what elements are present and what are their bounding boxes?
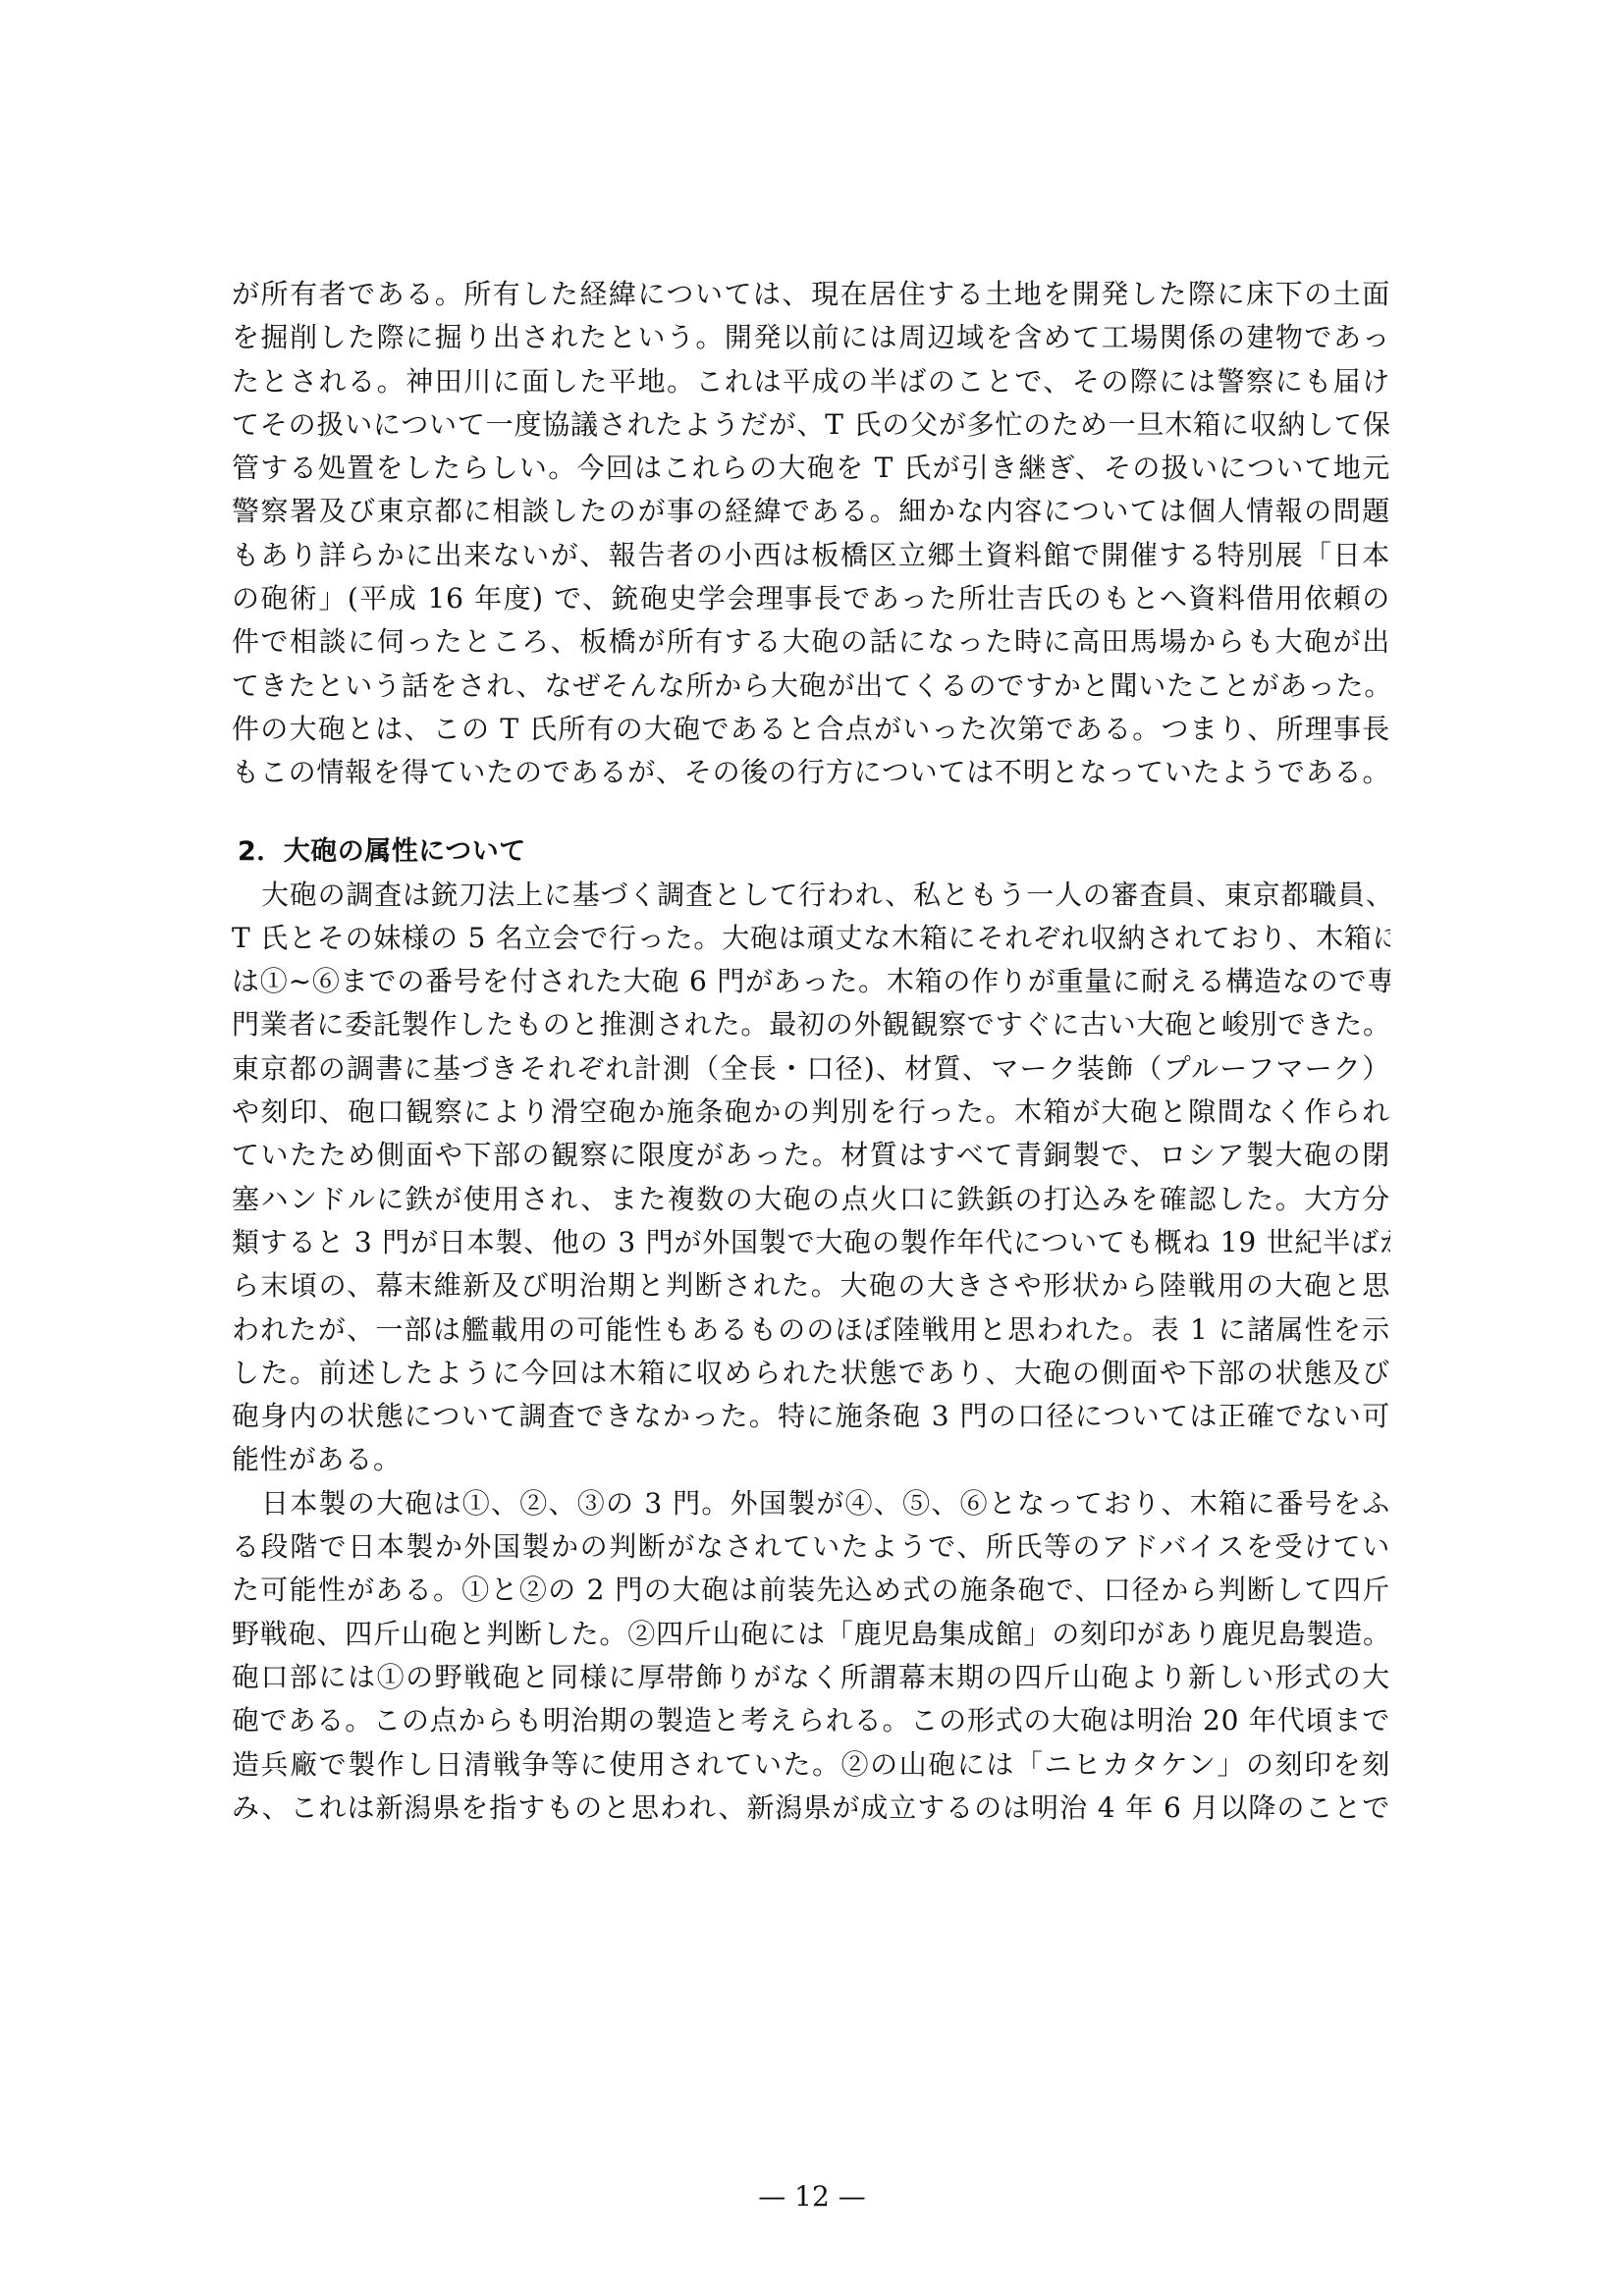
text-line: 東京都の調書に基づきそれぞれ計測（全長・口径)、材質、マーク装飾（プルーフマーク… <box>232 1047 1390 1091</box>
text-line: した。前述したように今回は木箱に収められた状態であり、大砲の側面や下部の状態及び <box>232 1352 1390 1395</box>
text-line: 塞ハンドルに鉄が使用され、また複数の大砲の点火口に鉄鋲の打込みを確認した。大方分 <box>232 1178 1390 1221</box>
text-line: もあり詳らかに出来ないが、報告者の小西は板橋区立郷土資料館で開催する特別展「日本 <box>232 534 1390 577</box>
text-line: もこの情報を得ていたのであるが、その後の行方については不明となっていたようである… <box>232 751 1390 794</box>
text-line: を掘削した際に掘り出されたという。開発以前には周辺域を含めて工場関係の建物であっ <box>232 316 1390 359</box>
text-line: 造兵廠で製作し日清戦争等に使用されていた。②の山砲には「ニヒカタケン」の刻印を刻 <box>232 1743 1390 1787</box>
page-number: — 12 — <box>0 2177 1624 2216</box>
text-line: われたが、一部は艦載用の可能性もあるもののほぼ陸戦用と思われた。表 1 に諸属性… <box>232 1308 1390 1352</box>
text-line: てきたという話をされ、なぜそんな所から大砲が出てくるのですかと聞いたことがあった… <box>232 665 1390 708</box>
text-line: の砲術」(平成 16 年度) で、銃砲史学会理事長であった所壮吉氏のもとへ資料借… <box>232 577 1390 620</box>
text-line: T 氏とその妹様の 5 名立会で行った。大砲は頑丈な木箱にそれぞれ収納されており… <box>232 917 1390 960</box>
text-line: 野戦砲、四斤山砲と判断した。②四斤山砲には「鹿児島集成館」の刻印があり鹿児島製造… <box>232 1613 1390 1656</box>
text-line: や刻印、砲口観察により滑空砲か施条砲かの判別を行った。木箱が大砲と隙間なく作られ <box>232 1091 1390 1134</box>
text-line: は①~⑥までの番号を付された大砲 6 門があった。木箱の作りが重量に耐える構造な… <box>232 960 1390 1003</box>
text-line: 警察署及び東京都に相談したのが事の経緯である。細かな内容については個人情報の問題 <box>232 490 1390 533</box>
text-line: が所有者である。所有した経緯については、現在居住する土地を開発した際に床下の土面 <box>232 273 1390 316</box>
text-line: 砲である。この点からも明治期の製造と考えられる。この形式の大砲は明治 20 年代… <box>232 1699 1390 1742</box>
document-page: が所有者である。所有した経緯については、現在居住する土地を開発した際に床下の土面… <box>232 273 1390 1830</box>
text-line: 日本製の大砲は①、②、③の 3 門。外国製が④、⑤、⑥となっており、木箱に番号を… <box>232 1482 1390 1525</box>
text-line: 管する処置をしたらしい。今回はこれらの大砲を T 氏が引き継ぎ、その扱いについて… <box>232 447 1390 490</box>
paragraph-1: が所有者である。所有した経緯については、現在居住する土地を開発した際に床下の土面… <box>232 273 1390 795</box>
paragraph-2b: 日本製の大砲は①、②、③の 3 門。外国製が④、⑤、⑥となっており、木箱に番号を… <box>232 1482 1390 1830</box>
text-line: 大砲の調査は銃刀法上に基づく調査として行われ、私ともう一人の審査員、東京都職員、 <box>232 874 1390 917</box>
section-gap <box>232 795 1390 830</box>
paragraph-2a: 大砲の調査は銃刀法上に基づく調査として行われ、私ともう一人の審査員、東京都職員、… <box>232 874 1390 1482</box>
section-heading: 2．大砲の属性について <box>232 830 1390 874</box>
text-line: 砲口部には①の野戦砲と同様に厚帯飾りがなく所謂幕末期の四斤山砲より新しい形式の大 <box>232 1656 1390 1699</box>
text-line: ら末頃の、幕末維新及び明治期と判断された。大砲の大きさや形状から陸戦用の大砲と思 <box>232 1264 1390 1308</box>
text-line: 件の大砲とは、この T 氏所有の大砲であると合点がいった次第である。つまり、所理… <box>232 708 1390 751</box>
text-line: た可能性がある。①と②の 2 門の大砲は前装先込め式の施条砲で、口径から判断して… <box>232 1569 1390 1612</box>
section-2: 2．大砲の属性について 大砲の調査は銃刀法上に基づく調査として行われ、私ともう一… <box>232 830 1390 1831</box>
text-line: 砲身内の状態について調査できなかった。特に施条砲 3 門の口径については正確でな… <box>232 1395 1390 1438</box>
text-line: 能性がある。 <box>232 1438 1390 1481</box>
text-line: 類すると 3 門が日本製、他の 3 門が外国製で大砲の製作年代についても概ね 1… <box>232 1221 1390 1264</box>
text-line: み、これは新潟県を指すものと思われ、新潟県が成立するのは明治 4 年 6 月以降… <box>232 1787 1390 1830</box>
text-line: る段階で日本製か外国製かの判断がなされていたようで、所氏等のアドバイスを受けてい <box>232 1525 1390 1569</box>
text-line: 件で相談に伺ったところ、板橋が所有する大砲の話になった時に高田馬場からも大砲が出 <box>232 620 1390 664</box>
text-line: 門業者に委託製作したものと推測された。最初の外観観察ですぐに古い大砲と峻別できた… <box>232 1003 1390 1046</box>
text-line: てその扱いについて一度協議されたようだが、T 氏の父が多忙のため一旦木箱に収納し… <box>232 403 1390 447</box>
text-line: たとされる。神田川に面した平地。これは平成の半ばのことで、その際には警察にも届け <box>232 360 1390 403</box>
text-line: ていたため側面や下部の観察に限度があった。材質はすべて青銅製で、ロシア製大砲の閉 <box>232 1134 1390 1177</box>
